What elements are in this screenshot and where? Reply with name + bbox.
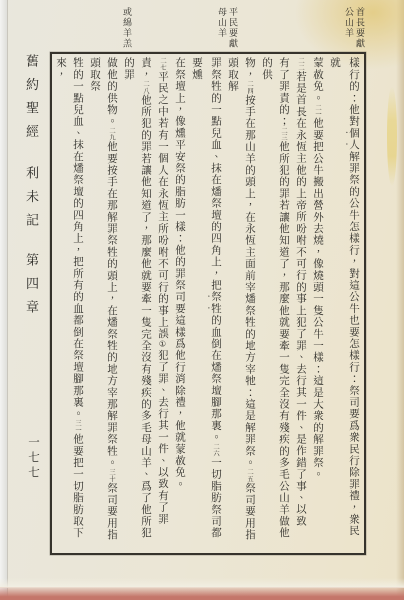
text-column: 樣行的：他對個人解罪祭的公牛怎樣行，對這公牛也要怎樣行：祭司要爲衆民行除罪禮，衆…	[326, 57, 362, 547]
margin-headers: 首長要獻公山羊平民要獻母山羊或綿羊羔	[0, 0, 404, 52]
text-column: 罪祭牲的一點兒血、抹在燔祭壇的四角上，把祭牲的血倒在燔祭壇腳那裏。二六一切脂肪祭…	[188, 57, 224, 547]
text-column: 做他的供物。二九他要按手在那解罪祭牲的頭上，在燔祭牲的地方宰那解罪祭牲。三十祭司…	[86, 57, 120, 547]
spine-title-bible: 舊約聖經	[22, 54, 41, 148]
text-column: 牲的一點兒血、抹在燔祭壇的四角上，把所有的血都倒在祭壇腳那裏。三一他要把一切脂肪…	[54, 57, 86, 547]
text-columns: 樣行的：他對個人解罪祭的公牛怎樣行，對這公牛也要怎樣行：祭司要爲衆民行除罪禮，衆…	[54, 57, 362, 547]
book-page: 首長要獻公山羊平民要獻母山羊或綿羊羔 舊約聖經 利未記 第四章 一七七 樣行的：…	[0, 0, 404, 600]
spine-title-chapter: 第四章	[22, 253, 41, 324]
text-column: 二二若是首長在永恆主他的上帝所吩咐不可行的事上犯了罪、去行其一件、是作錯了事、以…	[292, 57, 309, 547]
text-column: 蒙赦免。二一他要把公牛搬出營外去燒，像燒頭一隻公牛一樣：這是大衆的解罪祭。	[309, 57, 326, 547]
text-column: 責，二八他所犯的罪若讓他知道了，那麼他就要牽一隻完全沒有殘疾的多毛母山羊、爲了他…	[120, 57, 154, 547]
margin-header: 首長要獻公山羊	[343, 7, 365, 49]
page-edge-right-shade	[396, 0, 404, 600]
page-number: 一七七	[25, 436, 41, 481]
text-frame: 樣行的：他對個人解罪祭的公牛怎樣行，對這公牛也要怎樣行：祭司要爲衆民行除罪禮，衆…	[50, 52, 366, 555]
text-column: 在祭壇上，像燻平安祭的脂肪一樣：他的罪祭司要這樣爲他行消除禮，他就蒙赦免。	[171, 57, 188, 547]
page-edge-left	[0, 0, 8, 600]
margin-header: 平民要獻母山羊	[216, 7, 238, 49]
paper-stain-streak	[387, 86, 397, 186]
margin-header: 或綿羊羔	[121, 7, 132, 49]
text-column: 有了罪責的；二三他所犯的罪若讓他知道了，那麼他就要牽一隻完全沒有殘疾的多毛公山羊…	[258, 57, 292, 547]
text-column: 二七平民之中若有一個人在永恆主所吩咐不可行的事上誤①犯了罪、去行其一件、以致有了…	[154, 57, 171, 547]
spine-title-book: 利未記	[22, 166, 41, 237]
text-column: 物，二四按手在那山羊的頭上，在永恆主面前宰燔祭牲的地方宰牠：這是解罪祭。二五祭司…	[224, 57, 258, 547]
background-band-bottom	[0, 587, 404, 600]
